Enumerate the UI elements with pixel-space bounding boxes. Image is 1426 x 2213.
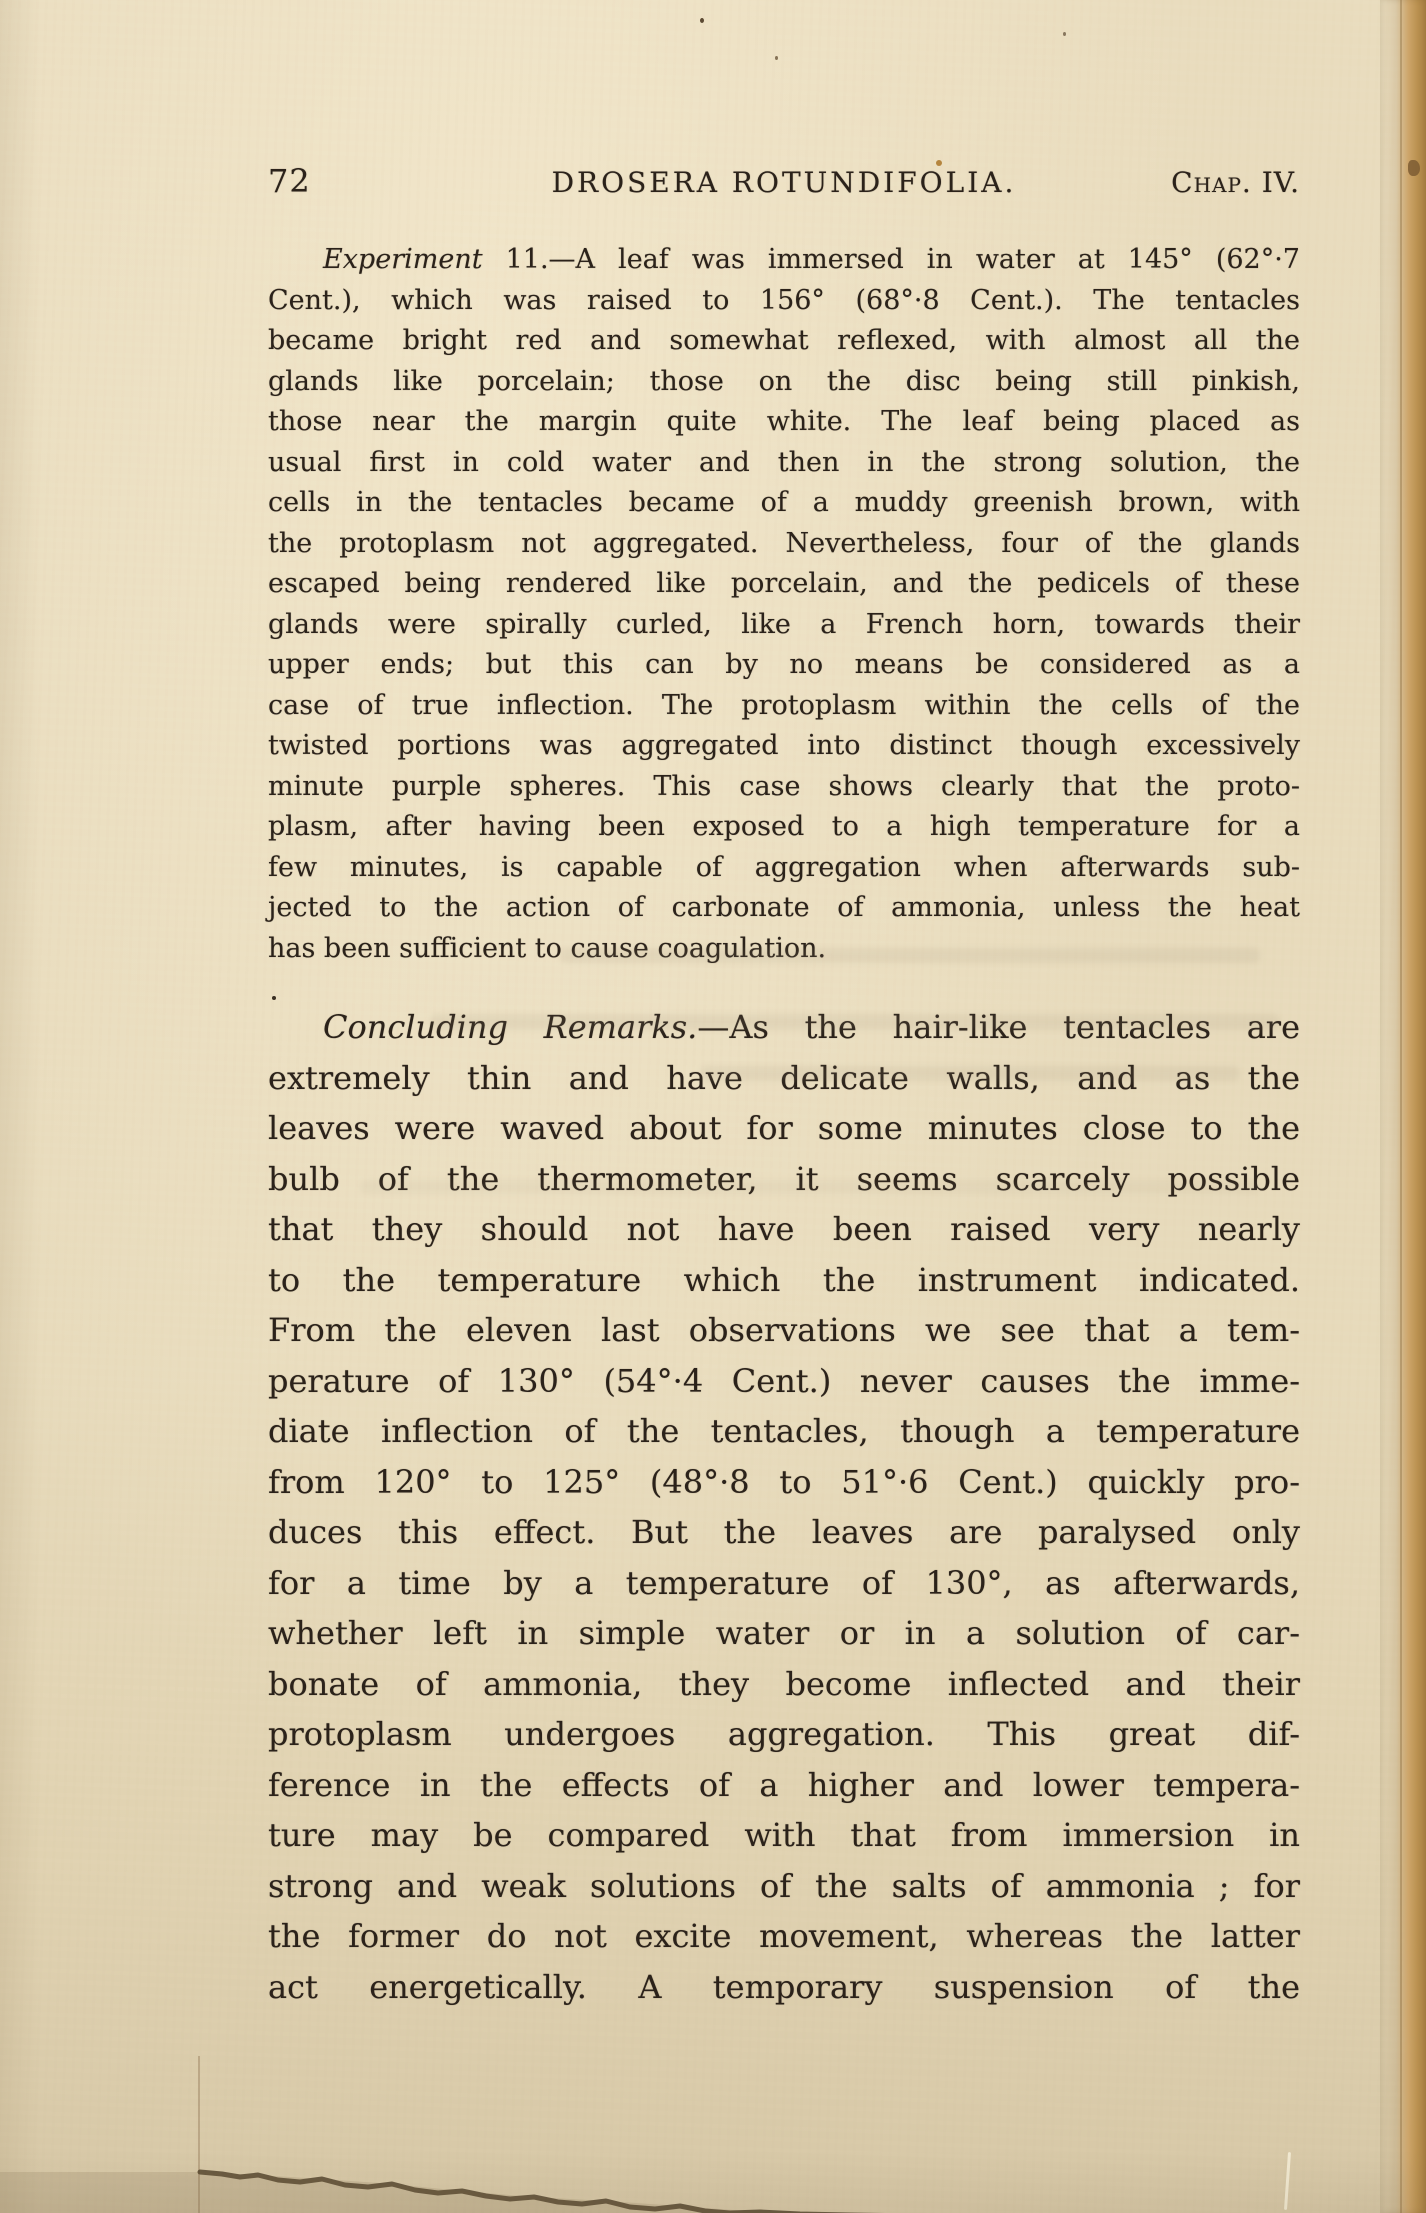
ink-speck [700,18,704,23]
foxing-spot [936,160,942,166]
book-page-scan: { "page": { "number": "72", "running_tit… [0,0,1426,2213]
bottom-tear-crease [0,2113,1426,2213]
running-head: 72 DROSERA ROTUNDIFOLIA. Chap. IV. [268,160,1300,204]
experiment-paragraph: Experiment 11.—A leaf was immersed in wa… [268,240,1300,969]
page-number: 72 [268,162,311,200]
running-title: DROSERA ROTUNDIFOLIA. [552,166,1017,199]
page-right-edge-line [1400,0,1402,2213]
page-edge-notch [1408,160,1420,176]
concluding-paragraph: Concluding Remarks.—As the hair-like ten… [268,1002,1300,2012]
ink-speck [775,56,778,60]
stray-ink-dot [272,996,276,1000]
bottom-shading [0,2150,1426,2213]
paper-scratch [1284,2152,1291,2210]
left-edge-shadow [0,0,40,2213]
underlying-page-edge [198,2056,200,2213]
page-right-edge [1380,0,1426,2213]
chapter-label: Chap. IV. [1171,166,1300,199]
ink-speck [1063,32,1066,36]
